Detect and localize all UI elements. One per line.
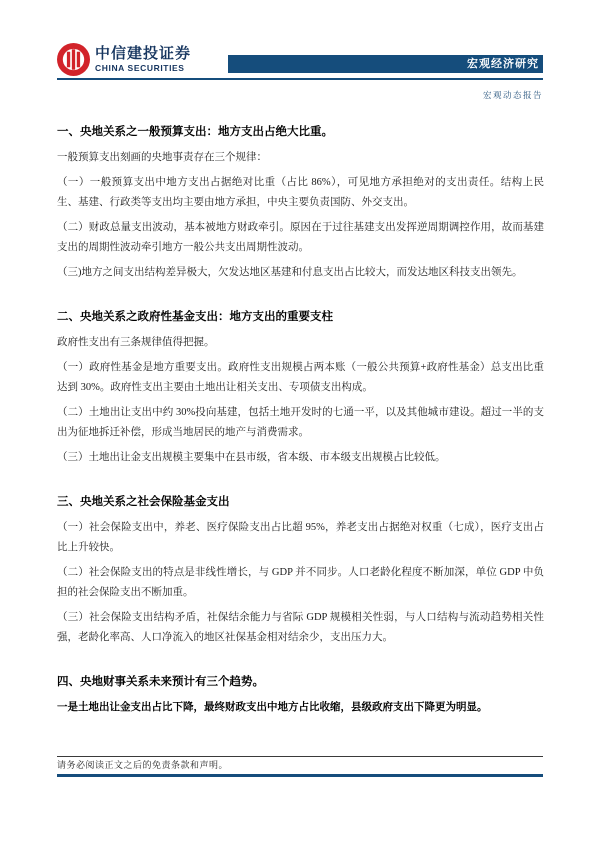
section-future-trends: 四、央地财事关系未来预计有三个趋势。 一是土地出让金支出占比下降，最终财政支出中… (57, 674, 544, 718)
paragraph: （三)地方之间支出结构差异极大，欠发达地区基建和付息支出占比较大，而发达地区科技… (57, 263, 544, 283)
report-page: 中信建投证券 CHINA SECURITIES 宏观经济研究 宏观动态报告 一、… (0, 0, 595, 841)
report-body: 一、央地关系之一般预算支出：地方支出占绝大比重。 一般预算支出刻画的央地事责存在… (57, 124, 544, 723)
brand-text: 中信建投证券 CHINA SECURITIES (95, 46, 191, 74)
header-divider (57, 78, 543, 80)
section-general-budget: 一、央地关系之一般预算支出：地方支出占绝大比重。 一般预算支出刻画的央地事责存在… (57, 124, 544, 283)
paragraph: （一）社会保险支出中，养老、医疗保险支出占比超 95%，养老支出占据绝对权重（七… (57, 518, 544, 558)
page-footer: 请务必阅读正文之后的免责条款和声明。 (57, 756, 543, 777)
section-heading: 四、央地财事关系未来预计有三个趋势。 (57, 674, 544, 690)
section-social-insurance: 三、央地关系之社会保险基金支出 （一）社会保险支出中，养老、医疗保险支出占比超 … (57, 494, 544, 648)
paragraph: 一是土地出让金支出占比下降，最终财政支出中地方占比收缩，县级政府支出下降更为明显… (57, 698, 544, 718)
paragraph: （一）政府性基金是地方重要支出。政府性支出规模占两本账（一般公共预算+政府性基金… (57, 358, 544, 398)
brand-name-en: CHINA SECURITIES (95, 63, 191, 74)
paragraph: 一般预算支出刻画的央地事责存在三个规律： (57, 148, 544, 168)
paragraph: （二）财政总量支出波动，基本被地方财政牵引。原因在于过往基建支出发挥逆周期调控作… (57, 218, 544, 258)
paragraph: （三）土地出让金支出规模主要集中在县市级，省本级、市本级支出规模占比较低。 (57, 448, 544, 468)
report-type-label: 宏观动态报告 (483, 89, 543, 101)
citic-logo-icon (57, 43, 90, 76)
paragraph: 政府性支出有三条规律值得把握。 (57, 333, 544, 353)
section-heading: 二、央地关系之政府性基金支出：地方支出的重要支柱 (57, 309, 544, 325)
section-heading: 三、央地关系之社会保险基金支出 (57, 494, 544, 510)
paragraph: （二）土地出让支出中约 30%投向基建，包括土地开发时的七通一平，以及其他城市建… (57, 403, 544, 443)
paragraph: （三）社会保险支出结构矛盾，社保结余能力与省际 GDP 规模相关性弱，与人口结构… (57, 608, 544, 648)
footer-bottom-divider (57, 774, 543, 777)
brand-name-cn: 中信建投证券 (95, 46, 191, 63)
research-category-banner: 宏观经济研究 (228, 55, 543, 73)
disclaimer-text: 请务必阅读正文之后的免责条款和声明。 (57, 757, 543, 773)
company-logo: 中信建投证券 CHINA SECURITIES (57, 43, 191, 76)
paragraph: （一）一般预算支出中地方支出占据绝对比重（占比 86%），可见地方承担绝对的支出… (57, 173, 544, 213)
paragraph: （二）社会保险支出的特点是非线性增长，与 GDP 并不同步。人口老龄化程度不断加… (57, 563, 544, 603)
section-heading: 一、央地关系之一般预算支出：地方支出占绝大比重。 (57, 124, 544, 140)
section-government-funds: 二、央地关系之政府性基金支出：地方支出的重要支柱 政府性支出有三条规律值得把握。… (57, 309, 544, 468)
